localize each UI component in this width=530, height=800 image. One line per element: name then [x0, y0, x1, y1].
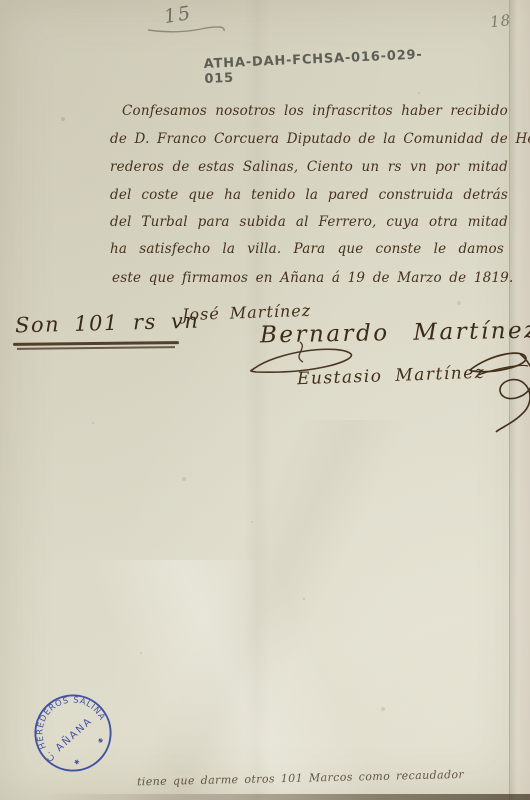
signature-eustasio-martinez: Eustasio Martínez	[297, 363, 486, 390]
body-line: del coste que ha tenido la pared constru…	[110, 187, 508, 203]
amount-underline	[13, 341, 179, 346]
page-number-pencil: 18	[489, 11, 512, 31]
signature-jose-martinez: José Martínez	[182, 301, 312, 324]
body-line: Confesamos nosotros los infrascritos hab…	[122, 103, 508, 119]
heirs-community-stamp: C. HEREDEROS SALINAS AÑANA ✱ ✱	[17, 677, 130, 790]
manuscript-page: 15 18 ATHA-DAH-FCHSA-016-029-015 Confesa…	[0, 0, 530, 800]
star-icon: ✱	[72, 757, 81, 767]
body-line: de D. Franco Corcuera Diputado de la Com…	[110, 131, 508, 147]
stamp-center-text: AÑANA	[53, 714, 96, 754]
svg-text:C. HEREDEROS SALINAS: C. HEREDEROS SALINAS	[17, 677, 110, 771]
stamp-ring-text: C. HEREDEROS SALINAS	[17, 677, 110, 771]
signature-flourish-eustasio	[492, 352, 530, 434]
body-line: este que firmamos en Añana á 19 de Marzo…	[112, 270, 510, 286]
body-line: rederos de estas Salinas, Ciento un rs v…	[110, 159, 508, 175]
signature-bernardo-martinez: Bernardo Martínez	[260, 318, 530, 349]
folio-underline	[146, 22, 226, 36]
reference-code-pencil: ATHA-DAH-FCHSA-016-029-015	[203, 47, 434, 87]
bottom-annotation: tiene que darme otros 101 Marcos como re…	[137, 769, 437, 789]
body-line: del Turbal para subida al Ferrero, cuya …	[110, 214, 508, 230]
page-right-edge	[509, 0, 530, 800]
amount-underline	[17, 346, 175, 349]
amount-note: Son 101 rs vn	[15, 309, 200, 338]
star-icon: ✱	[96, 736, 105, 746]
body-line: ha satisfecho la villa. Para que conste …	[110, 241, 504, 257]
paper-specks	[0, 0, 2, 2]
page-bottom-edge	[0, 794, 530, 800]
